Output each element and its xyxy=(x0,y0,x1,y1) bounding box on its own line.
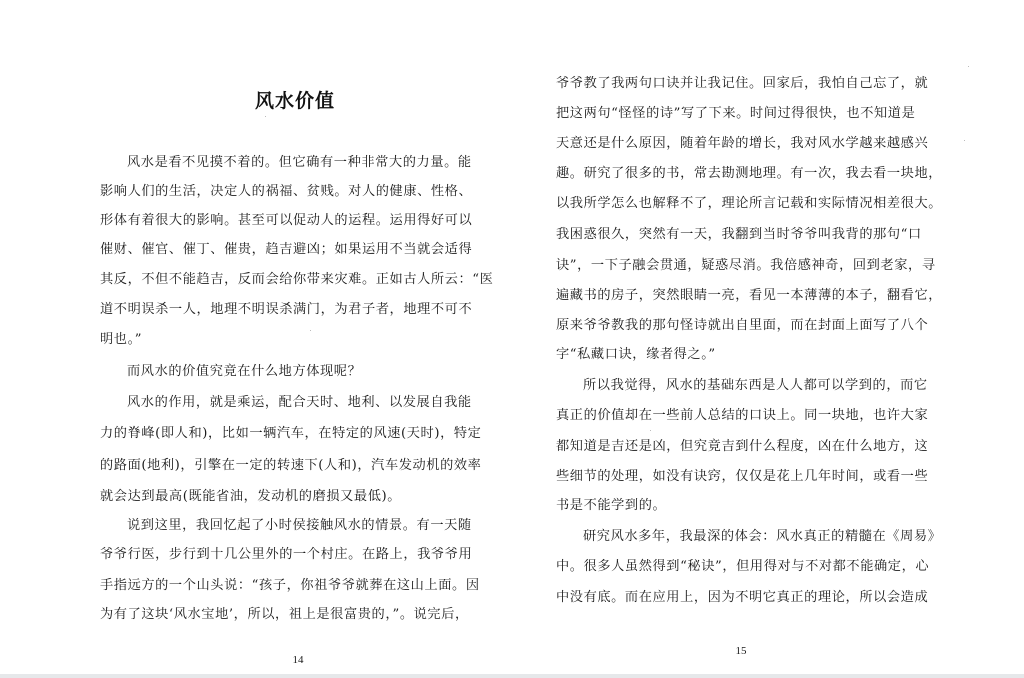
text-line: 趣。研究了很多的书，常去勘测地理。有一次，我去看一块地， xyxy=(556,164,946,184)
text-line: 其反，不但不能趋吉，反而会给你带来灾难。正如古人所云：“医 xyxy=(100,270,490,290)
page-number: 15 xyxy=(721,645,761,657)
text-line: 把这两句“怪怪的诗”写了下来。时间过得很快，也不知道是 xyxy=(556,104,946,124)
text-line: 就会达到最高(既能省油，发动机的磨损又最低)。 xyxy=(100,487,490,507)
scan-speck xyxy=(964,140,965,141)
text-line: 道不明误杀一人，地理不明误杀满门，为君子者，地理不可不 xyxy=(100,300,490,320)
text-line: 而风水的价值究竟在什么地方体现呢？ xyxy=(100,362,517,382)
text-line: 遍藏书的房子，突然眼睛一亮，看见一本薄薄的本子，翻看它， xyxy=(556,286,946,306)
right-page: 爷爷教了我两句口诀并让我记住。回家后，我怕自己忘了，就 把这两句“怪怪的诗”写了… xyxy=(556,0,946,674)
text-line: 中没有底。而在应用上，因为不明它真正的理论，所以会造成 xyxy=(556,588,946,608)
text-line: 天意还是什么原因，随着年龄的增长，我对风水学越来越感兴 xyxy=(556,134,946,154)
text-line: 诀”，一下子融会贯通，疑惑尽消。我倍感神奇，回到老家，寻 xyxy=(556,256,946,276)
text-line: 字“私藏口诀，缘者得之。” xyxy=(556,345,946,365)
bottom-edge xyxy=(0,674,1024,678)
book-spread: 风水价值 风水是看不见摸不着的。但它确有一种非常大的力量。能 影响人们的生活，决… xyxy=(0,0,1024,674)
text-line: 中。很多人虽然得到“秘诀”，但用得对与不对都不能确定，心 xyxy=(556,557,946,577)
text-line: 我困惑很久，突然有一天，我翻到当时爷爷叫我背的那句“口 xyxy=(556,225,946,245)
text-line: 手指远方的一个山头说：“孩子，你祖爷爷就葬在这山上面。因 xyxy=(100,576,490,596)
text-line: 影响人们的生活，决定人的祸福、贫贱。对人的健康、性格、 xyxy=(100,182,490,202)
text-line: 所以我觉得，风水的基础东西是人人都可以学到的，而它 xyxy=(556,376,973,396)
text-line: 都知道是吉还是凶，但究竟吉到什么程度，凶在什么地方，这 xyxy=(556,437,946,457)
page-number: 14 xyxy=(278,654,318,666)
chapter-title: 风水价值 xyxy=(100,86,490,113)
text-line: 形体有着很大的影响。甚至可以促动人的运程。运用得好可以 xyxy=(100,211,490,231)
text-line: 些细节的处理，如没有诀窍，仅仅是花上几年时间，或看一些 xyxy=(556,467,946,487)
text-line: 书是不能学到的。 xyxy=(556,496,946,516)
text-line: 爷爷行医，步行到十几公里外的一个村庄。在路上，我爷爷用 xyxy=(100,545,490,565)
text-line: 研究风水多年，我最深的体会：风水真正的精髓在《周易》 xyxy=(556,527,973,547)
text-line: 说到这里，我回忆起了小时侯接触风水的情景。有一天随 xyxy=(100,516,517,536)
text-line: 明也。” xyxy=(100,330,490,350)
scan-speck xyxy=(968,66,969,67)
text-line: 以我所学怎么也解释不了，理论所言记载和实际情况相差很大。 xyxy=(556,194,946,214)
text-line: 真正的价值却在一些前人总结的口诀上。同一块地，也许大家 xyxy=(556,406,946,426)
text-line: 为有了这块‘风水宝地’，所以，祖上是很富贵的，”。说完后， xyxy=(100,605,490,625)
text-line: 原来爷爷教我的那句怪诗就出自里面，而在封面上面写了八个 xyxy=(556,316,946,336)
text-line: 力的脊峰(即人和)，比如一辆汽车，在特定的风速(天时)，特定 xyxy=(100,424,490,444)
text-line: 风水的作用，就是乘运，配合天时、地利、以发展自我能 xyxy=(100,393,517,413)
text-line: 的路面(地利)，引擎在一定的转速下(人和)，汽车发动机的效率 xyxy=(100,456,490,476)
text-line: 风水是看不见摸不着的。但它确有一种非常大的力量。能 xyxy=(100,153,517,173)
scan-speck xyxy=(265,116,266,117)
scan-speck xyxy=(310,330,311,331)
scan-speck xyxy=(650,430,651,431)
left-page: 风水价值 风水是看不见摸不着的。但它确有一种非常大的力量。能 影响人们的生活，决… xyxy=(100,0,490,674)
text-line: 爷爷教了我两句口诀并让我记住。回家后，我怕自己忘了，就 xyxy=(556,74,946,94)
text-line: 催财、催官、催丁、催贵，趋吉避凶；如果运用不当就会适得 xyxy=(100,240,490,260)
